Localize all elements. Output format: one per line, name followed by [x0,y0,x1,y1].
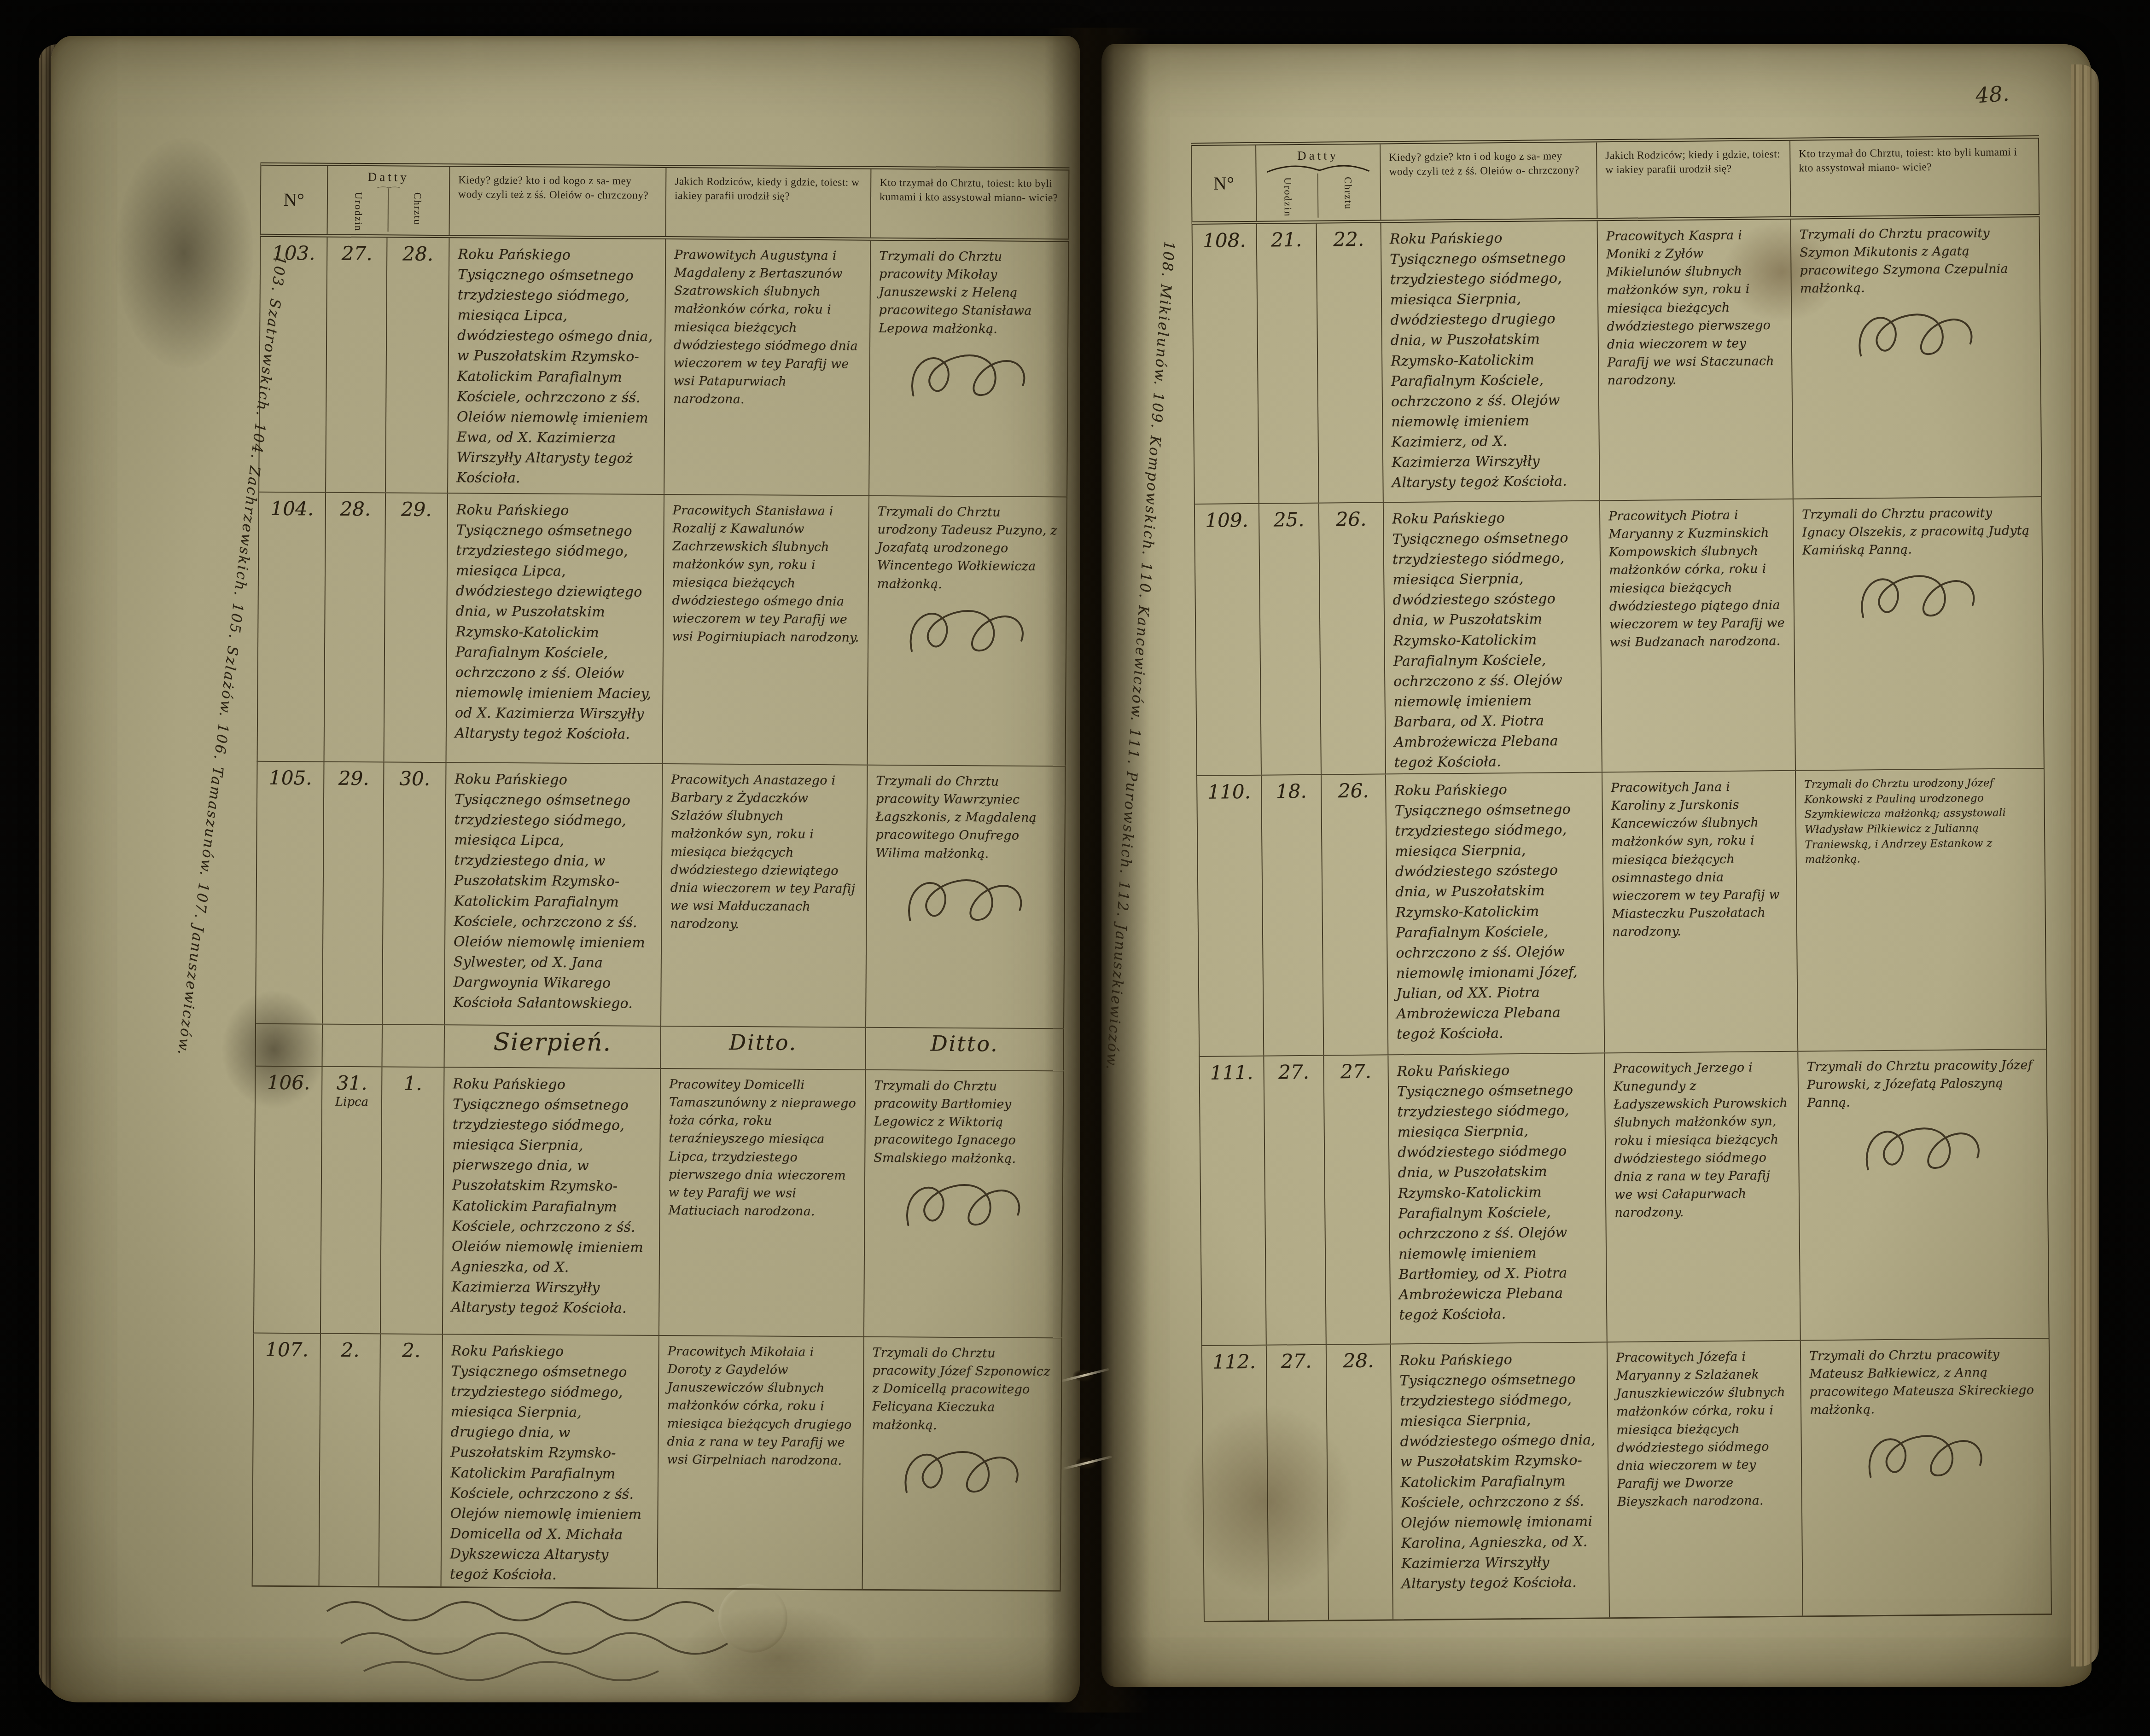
ink-flourish [877,596,1058,666]
record-row-105: 105. 29. 30. Roku Pańskiego Tysiącznego … [255,762,1066,1029]
baptism-text: Roku Pańskiego Tysiącznego ośmsetnego tr… [1386,772,1605,1054]
parents-text: Pracowitych Jerzego i Kunegundy z Ładysz… [1605,1052,1800,1342]
ditto-godparents: Ditto. [866,1028,1064,1071]
empty-cell [256,1024,323,1066]
empty-cell [322,1025,383,1067]
baptism-date: 26. [1322,774,1388,1055]
godparents-text: Trzymali do Chrztu pracowity Bartłomiey … [864,1070,1064,1338]
birth-date: 21. [1257,224,1319,503]
baptism-text: Roku Pańskiego Tysiącznego ośmsetnego tr… [1381,221,1600,502]
godparents-text: Trzymali do Chrztu pracowity Szymon Miku… [1791,217,2042,499]
record-row-109: 109. 25. 26. Roku Pańskiego Tysiącznego … [1194,497,2045,776]
month-name: Sierpień. [444,1025,661,1068]
baptism-date: 27. [1324,1055,1391,1344]
header-parents: Jakich Rodziców; kiedy i gdzie, toiest: … [1597,141,1791,218]
header-godparents: Kto trzymał do Chrztu, toiest: kto byli … [1790,139,2039,216]
baptism-text: Roku Pańskiego Tysiącznego ośmsetnego tr… [443,1068,661,1335]
header-urodzin: Urodzin [1281,177,1295,217]
baptism-text: Roku Pańskiego Tysiącznego ośmsetnego tr… [445,763,663,1026]
record-row-107: 107. 2. 2. Roku Pańskiego Tysiącznego oś… [252,1334,1062,1592]
left-register-table: N° Datty Urodzin Chrztu Kiedy? gdzie? kt… [252,163,1070,1592]
ink-flourish [1802,561,2034,632]
birth-date: 18. [1262,775,1324,1056]
baptism-date: 30. [383,762,446,1024]
baptism-text: Roku Pańskiego Tysiącznego ośmsetnego tr… [1391,1342,1610,1619]
header-chrztu: Chrztu [1341,177,1355,210]
header-parents: Jakich Rodziców, kiedy i gdzie, toiest: … [666,168,872,238]
baptism-text: Roku Pańskiego Tysiącznego ośmsetnego tr… [442,1335,659,1588]
ink-flourish [878,340,1059,410]
record-row-103: 103. 27. 28. Roku Pańskiego Tysiącznego … [258,237,1069,498]
record-number: 104. [258,493,326,761]
right-page-edges [2071,64,2099,1666]
baptism-text: Roku Pańskiego Tysiącznego ośmsetnego tr… [1388,1053,1607,1343]
record-number: 107. [253,1334,321,1586]
baptism-date: 22. [1317,223,1384,502]
ink-flourish [872,1437,1053,1507]
baptism-date: 1. [381,1067,445,1334]
ink-flourish [1810,1420,2041,1491]
record-row-110: 110. 18. 26. Roku Pańskiego Tysiącznego … [1196,769,2047,1057]
record-number: 110. [1197,776,1264,1056]
baptism-date: 26. [1319,503,1386,774]
birth-date: 27. [1264,1056,1326,1345]
right-register-table: N° Datty Urodzin Chrztu Kiedy? gdzie? kt… [1191,135,2052,1622]
parents-text: Pracowitey Domicelli Tamaszunówny z niep… [659,1069,866,1336]
parents-text: Prawowitych Augustyna i Magdaleny z Bert… [664,239,871,495]
empty-cell [382,1025,445,1067]
baptism-text: Roku Pańskiego Tysiącznego ośmsetnego tr… [448,238,666,494]
month-separator-row: Sierpień. Ditto. Ditto. [255,1024,1064,1072]
record-number: 109. [1195,504,1262,775]
ink-flourish [1807,1113,2039,1184]
left-table-header: N° Datty Urodzin Chrztu Kiedy? gdzie? kt… [260,163,1069,242]
birth-date: 27. [326,238,387,493]
record-row-111: 111. 27. 27. Roku Pańskiego Tysiącznego … [1199,1050,2049,1346]
ink-flourish [1800,299,2032,370]
godparents-text: Trzymali do Chrztu urodzony Józef Konkow… [1796,769,2047,1051]
register-scan: 48. 103. Szatrowskich. 104. Zachrzewskic… [0,0,2150,1736]
page-number: 48. [1975,81,2010,108]
birth-date: 28. [325,493,386,762]
header-when: Kiedy? gdzie? kto i od kogo z sa- mey wo… [450,167,667,236]
ink-flourish [873,1170,1054,1240]
birth-date: 31.Lipca [321,1067,383,1334]
baptism-date: 2. [379,1334,443,1586]
parents-text: Pracowitych Piotra i Maryanny z Kuzminsk… [1600,499,1796,772]
godparents-text: Trzymali do Chrztu pracowity Wawrzyniec … [866,766,1066,1028]
header-datty: Datty Urodzin Chrztu [328,166,450,235]
godparents-text: Trzymali do Chrztu pracowity Mateusz Bał… [1801,1339,2052,1616]
datty-label: Datty [368,169,409,186]
godparents-text: Trzymali do Chrztu pracowity Ignacy Olsz… [1794,497,2045,770]
record-number: 112. [1202,1346,1269,1621]
header-godparents: Kto trzymał do Chrztu, toiest: kto byli … [871,169,1069,239]
birth-date: 2. [320,1334,381,1586]
ink-waves [322,1593,829,1687]
header-urodzin: Urodzin [352,192,366,232]
godparents-text: Trzymali do Chrztu pracowity Mikołay Jan… [869,241,1069,497]
record-number: 105. [256,762,324,1024]
baptism-date: 28. [386,238,449,493]
record-number: 103. [259,237,327,492]
record-row-108: 108. 21. 22. Roku Pańskiego Tysiącznego … [1192,217,2042,505]
ink-flourish [875,865,1056,935]
datty-label: Datty [1297,147,1339,164]
birth-date: 29. [323,762,384,1024]
parents-text: Pracowitych Józefa i Maryanny z Szlażane… [1608,1341,1803,1618]
baptism-date: 29. [385,493,449,762]
record-row-104: 104. 28. 29. Roku Pańskiego Tysiącznego … [257,493,1068,767]
parents-text: Pracowitych Jana i Karoliny z Jurskonis … [1602,771,1798,1053]
birth-date: 27. [1267,1345,1329,1620]
right-table-header: N° Datty Urodzin Chrztu Kiedy? gdzie? kt… [1191,135,2039,225]
header-chrztu: Chrztu [411,192,424,226]
parents-text: Pracowitych Mikołaia i Doroty z Gaydelów… [658,1336,864,1589]
baptism-date: 28. [1327,1344,1393,1620]
header-when: Kiedy? gdzie? kto i od kogo z sa- mey wo… [1381,142,1597,220]
parents-text: Pracowitych Kaspra i Moniki z Zyłów Miki… [1598,220,1794,500]
baptism-text: Roku Pańskiego Tysiącznego ośmsetnego tr… [447,494,665,763]
godparents-text: Trzymali do Chrztu pracowity Józef Purow… [1798,1050,2049,1340]
godparents-text: Trzymali do Chrztu pracowity Józef Szpon… [863,1337,1062,1591]
header-datty: Datty Urodzin Chrztu [1256,145,1381,221]
header-no: N° [1192,145,1257,221]
record-number: 111. [1200,1057,1266,1345]
header-no: N° [261,166,328,234]
birth-date: 25. [1259,504,1322,775]
parents-text: Pracowitych Stanisława i Rozalij z Kawal… [663,495,870,765]
record-row-106: 106. 31.Lipca 1. Roku Pańskiego Tysiączn… [253,1067,1064,1339]
record-number: 106. [254,1067,323,1333]
parents-text: Pracowitych Anastazego i Barbary z Żydac… [661,764,868,1027]
record-number: 108. [1193,224,1259,504]
godparents-text: Trzymali do Chrztu urodzony Tadeusz Puzy… [868,496,1068,766]
brace-icon [1265,164,1371,174]
record-row-112: 112. 27. 28. Roku Pańskiego Tysiącznego … [1201,1339,2052,1622]
ditto-parents: Ditto. [661,1027,866,1069]
baptism-text: Roku Pańskiego Tysiącznego ośmsetnego tr… [1384,501,1602,773]
